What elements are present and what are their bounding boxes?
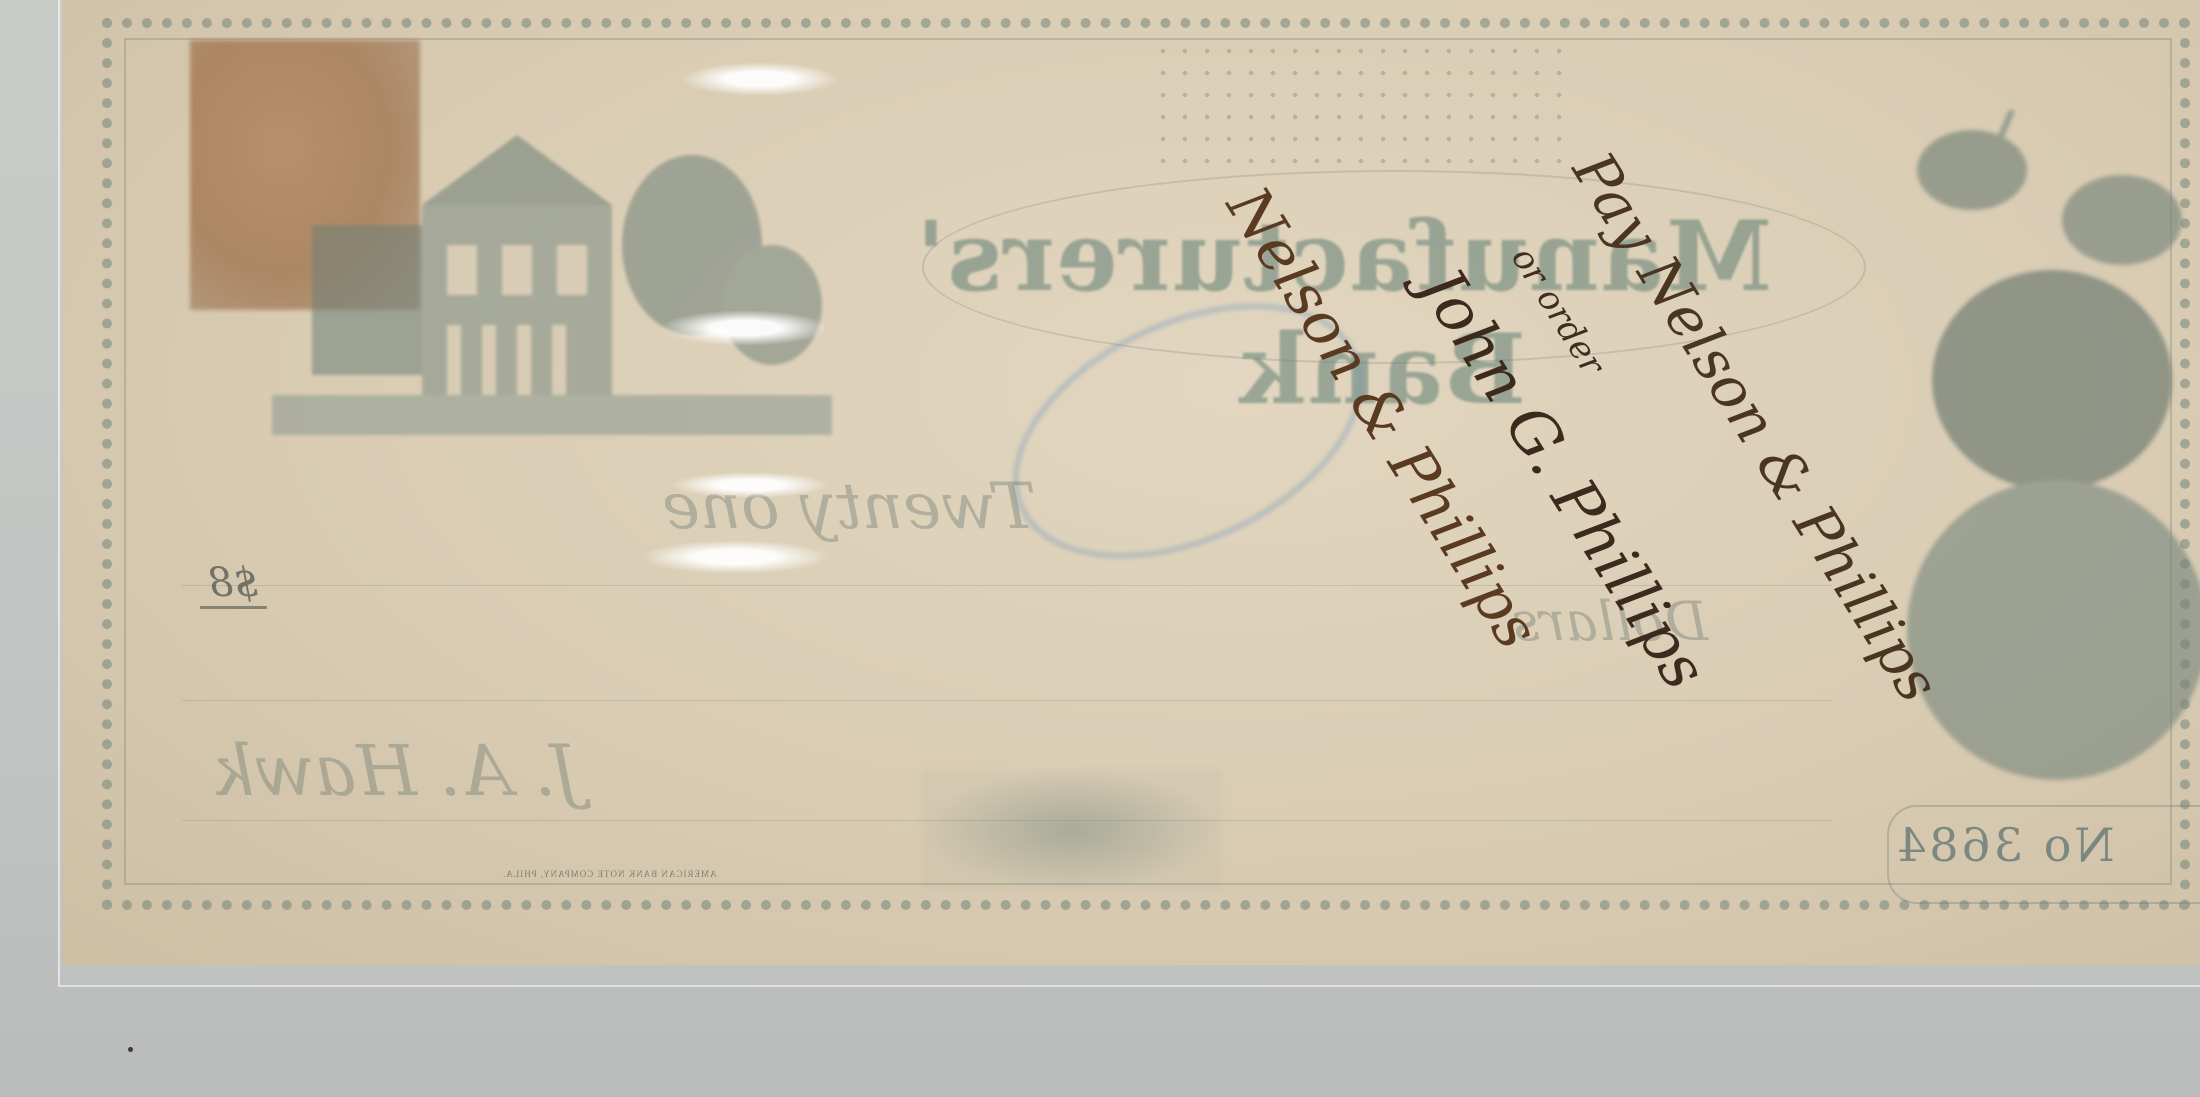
- rule-line: [182, 585, 1832, 586]
- date-dot-panel: [1152, 40, 1572, 180]
- printer-imprint: AMERICAN BANK NOTE COMPANY, PHILA.: [502, 869, 717, 879]
- sleeve-glare: [660, 310, 830, 346]
- amount-box: $8: [200, 560, 267, 609]
- check-number: No 3684: [1894, 818, 2115, 872]
- portrait-vignette-engraving: [1892, 110, 2200, 790]
- sleeve-glare: [670, 472, 830, 498]
- sleeve-glare: [640, 540, 830, 574]
- ghost-signature: J. A. Hawk: [212, 730, 579, 812]
- sleeve-glare: [680, 62, 840, 96]
- house-vignette-engraving: [272, 95, 832, 445]
- cancel-stamp-impression: [922, 770, 1222, 890]
- bank-check: Manufacturers' Bank Twenty one Dollars J…: [62, 0, 2200, 965]
- rule-line: [182, 700, 1832, 701]
- dust-speck: [128, 1047, 133, 1052]
